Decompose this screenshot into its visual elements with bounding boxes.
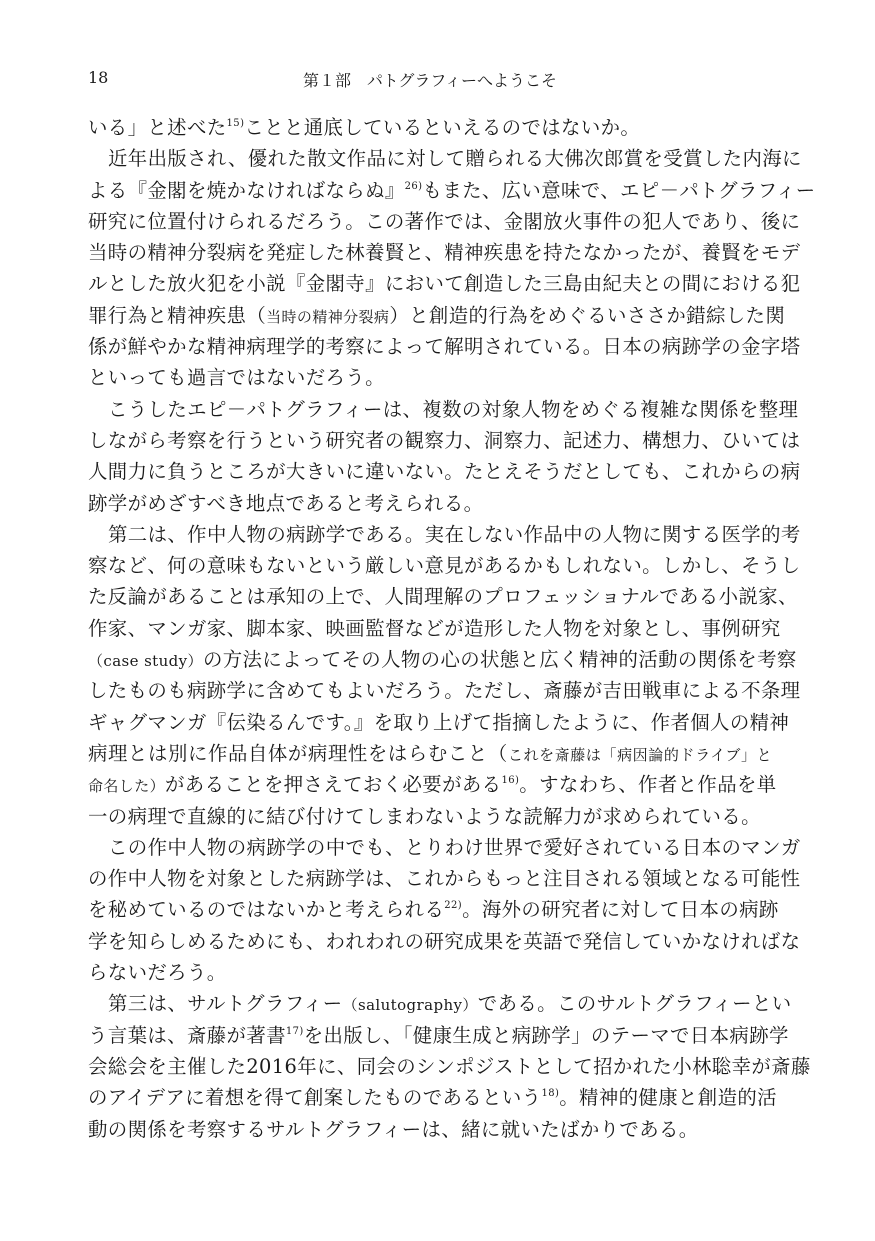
text-line: 当時の精神分裂病を発症した林養賢と、精神疾患を持たなかったが、養賢をモデ [88,237,772,268]
text-run: 跡学がめざすべき地点であると考えられる。 [88,492,483,515]
text-line: この作中人物の病跡学の中でも、とりわけ世界で愛好されている日本のマンガ [88,832,772,863]
text-line: 作家、マンガ家、脚本家、映画監督などが造形した人物を対象とし、事例研究 [88,613,772,644]
text-run: ことと通底しているといえるのではないか。 [244,116,640,139]
text-run: 人間力に負うところが大きいに違いない。たとえそうだとしても、これからの病 [88,460,800,483]
text-line: しながら考察を行うという研究者の観察力、洞察力、記述力、構想力、ひいては [88,425,772,456]
text-run: の方法によってその人物の心の状態と広く精神的活動の関係を考察 [203,648,797,671]
text-run: 一の病理で直線的に結び付けてしまわないような読解力が求められている。 [88,805,761,828]
text-run: 会総会を主催した2016年に、同会のシンポジストとして招かれた小林聡幸が斎藤 [88,1055,811,1078]
footnote-ref: 26) [405,181,423,192]
text-run: 研究に位置付けられるだろう。この著作では、金閣放火事件の犯人であり、後に [88,210,800,233]
text-line: 会総会を主催した2016年に、同会のシンポジストとして招かれた小林聡幸が斎藤 [88,1051,772,1082]
text-run: た反論があることは承知の上で、人間理解のプロフェッショナルである小説家、 [88,585,798,608]
text-line: （case study）の方法によってその人物の心の状態と広く精神的活動の関係を… [88,644,772,675]
text-run: のアイデアに着想を得て創案したものであるという [88,1086,541,1109]
text-line: らないだろう。 [88,957,772,988]
body-text: いる」と述べた15)ことと通底しているといえるのではないか。近年出版され、優れた… [88,112,772,1145]
text-line: 係が鮮やかな精神病理学的考察によって解明されている。日本の病跡学の金字塔 [88,331,772,362]
text-line: こうしたエピ－パトグラフィーは、複数の対象人物をめぐる複雑な関係を整理 [88,394,772,425]
text-run: 係が鮮やかな精神病理学的考察によって解明されている。日本の病跡学の金字塔 [88,335,800,358]
running-title: 第１部 パトグラフィーへようこそ [88,68,772,91]
text-line: 学を知らしめるためにも、われわれの研究成果を英語で発信していかなければな [88,926,772,957]
inline-note: 命名した） [88,777,165,795]
text-line: 近年出版され、優れた散文作品に対して贈られる大佛次郎賞を受賞した内海に [88,143,772,174]
text-run: 第二は、作中人物の病跡学である。実在しない作品中の人物に関する医学的考 [108,523,801,546]
text-run: ギャグマンガ『伝染るんです。』を取り上げて指摘したように、作者個人の精神 [88,711,789,734]
text-run: したものも病跡学に含めてもよいだろう。ただし、斎藤が吉田戦車による不条理 [88,679,800,702]
inline-note: 当時の精神分裂病 [266,308,389,326]
text-run: の作中人物を対象とした病跡学は、これからもっと注目される領域となる可能性 [88,867,800,890]
text-line: 罪行為と精神疾患（当時の精神分裂病）と創造的行為をめぐるいささか錯綜した関 [88,300,772,331]
text-run: 察など、何の意味もないという厳しい意見があるかもしれない。しかし、そうし [88,554,800,577]
text-run: 。海外の研究者に対して日本の病跡 [462,898,779,921]
text-line: したものも病跡学に含めてもよいだろう。ただし、斎藤が吉田戦車による不条理 [88,675,772,706]
text-run: 近年出版され、優れた散文作品に対して贈られる大佛次郎賞を受賞した内海に [108,147,802,170]
text-run: ルとした放火犯を小説『金閣寺』において創造した三島由紀夫との間における犯 [88,272,800,295]
text-line: 第二は、作中人物の病跡学である。実在しない作品中の人物に関する医学的考 [88,519,772,550]
text-line: 一の病理で直線的に結び付けてしまわないような読解力が求められている。 [88,801,772,832]
text-line: のアイデアに着想を得て創案したものであるという18)。精神的健康と創造的活 [88,1082,772,1113]
text-line: ルとした放火犯を小説『金閣寺』において創造した三島由紀夫との間における犯 [88,268,772,299]
text-run: 病理とは別に作品自体が病理性をはらむこと（ [88,742,508,765]
page-header: 18 第１部 パトグラフィーへようこそ [88,68,772,94]
text-line: う言葉は、斎藤が著書17)を出版し、「健康生成と病跡学」のテーマで日本病跡学 [88,1020,772,1051]
footnote-ref: 18) [541,1088,559,1099]
text-run: を出版し、「健康生成と病跡学」のテーマで日本病跡学 [304,1024,789,1047]
text-run: ）と創造的行為をめぐるいささか錯綜した関 [389,304,785,327]
text-run: う言葉は、斎藤が著書 [88,1024,286,1047]
inline-note: （case study） [88,652,203,670]
text-line: 病理とは別に作品自体が病理性をはらむこと（これを斎藤は「病因論的ドライブ」と [88,738,772,769]
footnote-ref: 22) [444,900,462,911]
text-run: があることを押さえておく必要がある [165,773,501,796]
text-line: といっても過言ではないだろう。 [88,362,772,393]
text-line: いる」と述べた15)ことと通底しているといえるのではないか。 [88,112,772,143]
text-line: 研究に位置付けられるだろう。この著作では、金閣放火事件の犯人であり、後に [88,206,772,237]
text-run: 。精神的健康と創造的活 [559,1086,777,1109]
text-run: 学を知らしめるためにも、われわれの研究成果を英語で発信していかなければな [88,930,800,953]
text-run: 当時の精神分裂病を発症した林養賢と、精神疾患を持たなかったが、養賢をモデ [88,241,800,264]
text-line: を秘めているのではないかと考えられる22)。海外の研究者に対して日本の病跡 [88,894,772,925]
text-run: である。このサルトグラフィーとい [478,992,792,1015]
text-run: こうしたエピ－パトグラフィーは、複数の対象人物をめぐる複雑な関係を整理 [108,398,798,421]
footnote-ref: 16) [501,775,519,786]
text-line: 察など、何の意味もないという厳しい意見があるかもしれない。しかし、そうし [88,550,772,581]
text-run: いる」と述べた [88,116,227,139]
text-run: 。すなわち、作者と作品を単 [519,773,776,796]
text-run: しながら考察を行うという研究者の観察力、洞察力、記述力、構想力、ひいては [88,429,800,452]
text-line: 命名した）があることを押さえておく必要がある16)。すなわち、作者と作品を単 [88,769,772,800]
text-run: といっても過言ではないだろう。 [88,366,385,389]
footnote-ref: 17) [286,1026,304,1037]
text-run: らないだろう。 [88,961,227,984]
text-run: 第三は、サルトグラフィー [108,992,343,1015]
text-line: ギャグマンガ『伝染るんです。』を取り上げて指摘したように、作者個人の精神 [88,707,772,738]
text-run: この作中人物の病跡学の中でも、とりわけ世界で愛好されている日本のマンガ [108,836,801,859]
text-line: 人間力に負うところが大きいに違いない。たとえそうだとしても、これからの病 [88,456,772,487]
text-run: 動の関係を考察するサルトグラフィーは、緒に就いたばかりである。 [88,1118,699,1141]
footnote-ref: 15) [227,118,245,129]
text-line: 跡学がめざすべき地点であると考えられる。 [88,488,772,519]
text-line: よる『金閣を焼かなければならぬ』26)もまた、広い意味で、エピ－パトグラフィー [88,175,772,206]
text-line: 動の関係を考察するサルトグラフィーは、緒に就いたばかりである。 [88,1114,772,1145]
text-run: を秘めているのではないかと考えられる [88,898,444,921]
text-line: の作中人物を対象とした病跡学は、これからもっと注目される領域となる可能性 [88,863,772,894]
text-run: よる『金閣を焼かなければならぬ』 [88,179,405,202]
text-line: 第三は、サルトグラフィー（salutography）である。このサルトグラフィー… [88,988,772,1019]
inline-note: これを斎藤は「病因論的ドライブ」と [508,746,772,764]
text-run: 罪行為と精神疾患（ [88,304,266,327]
text-line: た反論があることは承知の上で、人間理解のプロフェッショナルである小説家、 [88,581,772,612]
text-run: 作家、マンガ家、脚本家、映画監督などが造形した人物を対象とし、事例研究 [88,617,781,640]
inline-note: （salutography） [343,996,478,1014]
text-run: もまた、広い意味で、エピ－パトグラフィー [422,179,815,202]
